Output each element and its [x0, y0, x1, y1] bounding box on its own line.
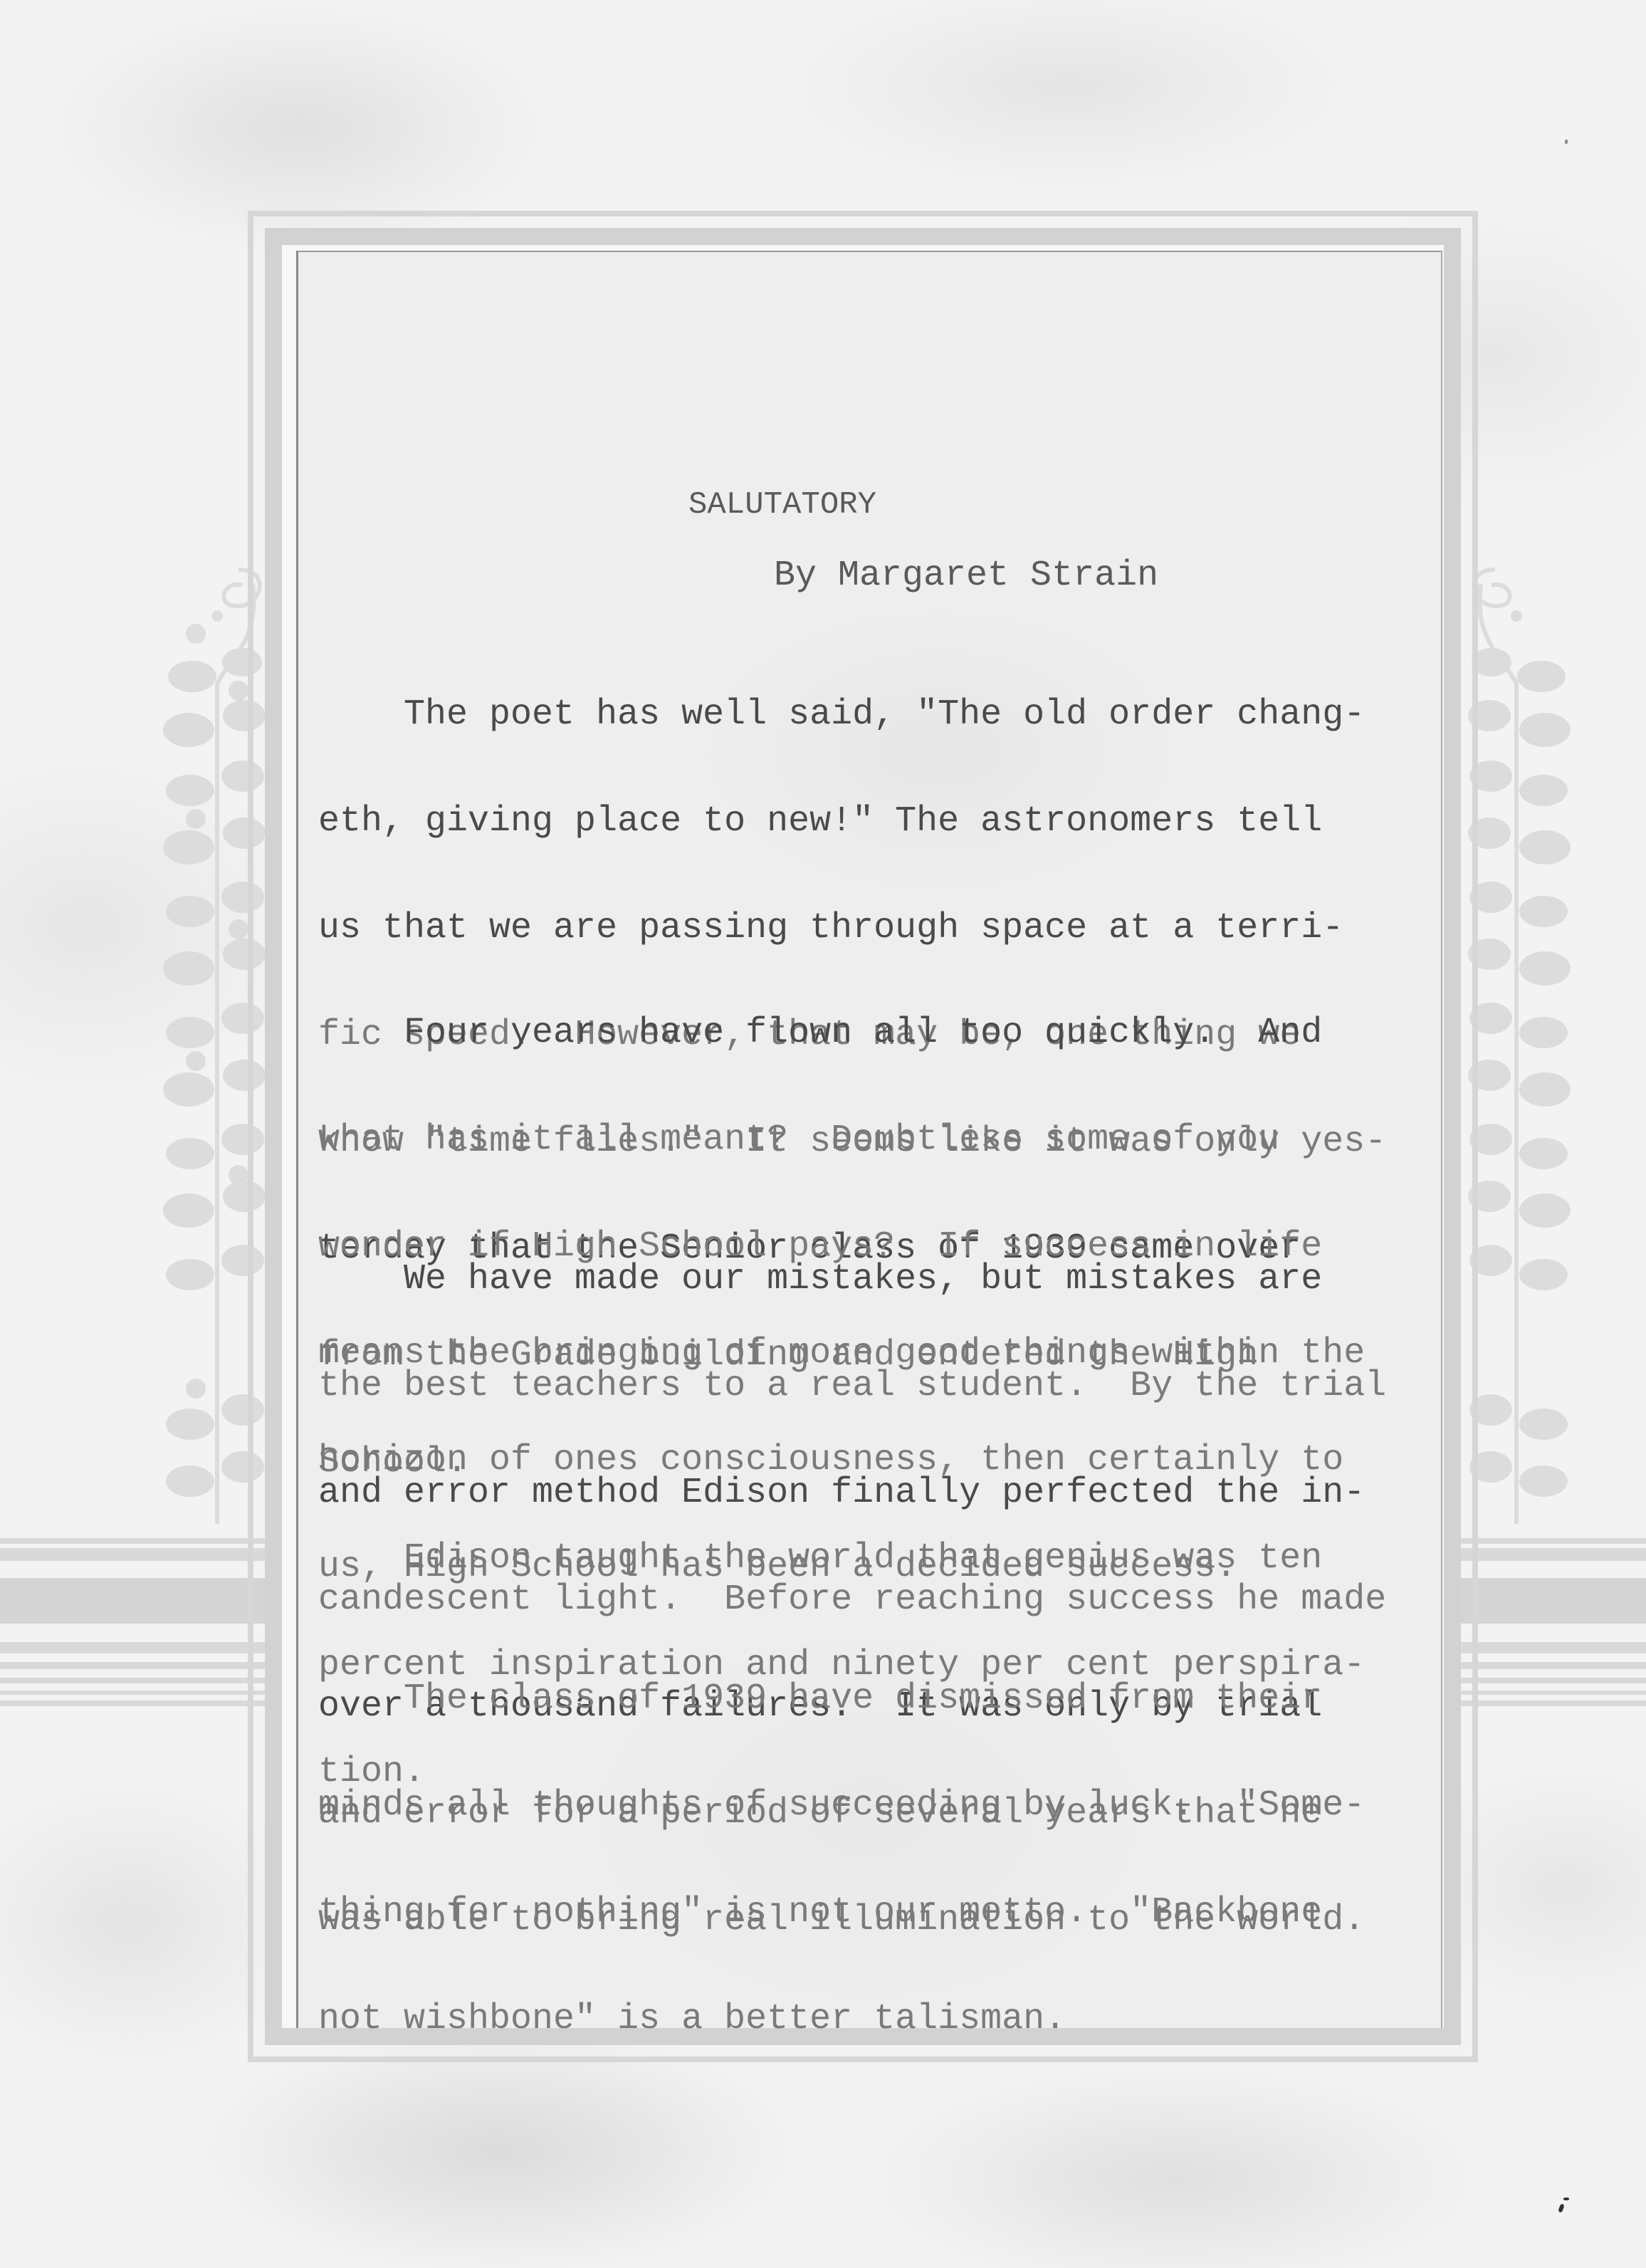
paragraph-5: The class of 1939 have dismissed from th… [318, 1610, 1365, 2108]
text-line: Edison taught the world that genius was … [318, 1541, 1365, 1577]
text-line: Four years have flown all too quickly. A… [318, 1015, 1365, 1051]
text-line: We have made our mistakes, but mistakes … [318, 1262, 1386, 1297]
text-line: minds all thoughts of succeeding by luck… [318, 1788, 1365, 1824]
document-title: SALUTATORY [688, 487, 876, 523]
typed-sheet: SALUTATORY By Margaret Strain The poet h… [296, 251, 1442, 2028]
text-line: the best teachers to a real student. By … [318, 1369, 1386, 1404]
ink-speck [1563, 2198, 1569, 2200]
ink-speck [1565, 140, 1568, 144]
text-line: eth, giving place to new!" The astronome… [318, 804, 1386, 840]
text-line: thing for nothing" is not our motto. "Ba… [318, 1895, 1365, 1930]
text-line: us that we are passing through space at … [318, 911, 1386, 946]
document-byline: By Margaret Strain [774, 558, 1158, 594]
right-vine-ornament [1467, 541, 1581, 1538]
text-line: not wishbone" is a better talisman. [318, 2002, 1365, 2037]
text-line: what has it all meant? Doubtless some of… [318, 1122, 1365, 1158]
text-line: The class of 1939 have dismissed from th… [318, 1681, 1365, 1717]
text-line: The poet has well said, "The old order c… [318, 697, 1386, 733]
